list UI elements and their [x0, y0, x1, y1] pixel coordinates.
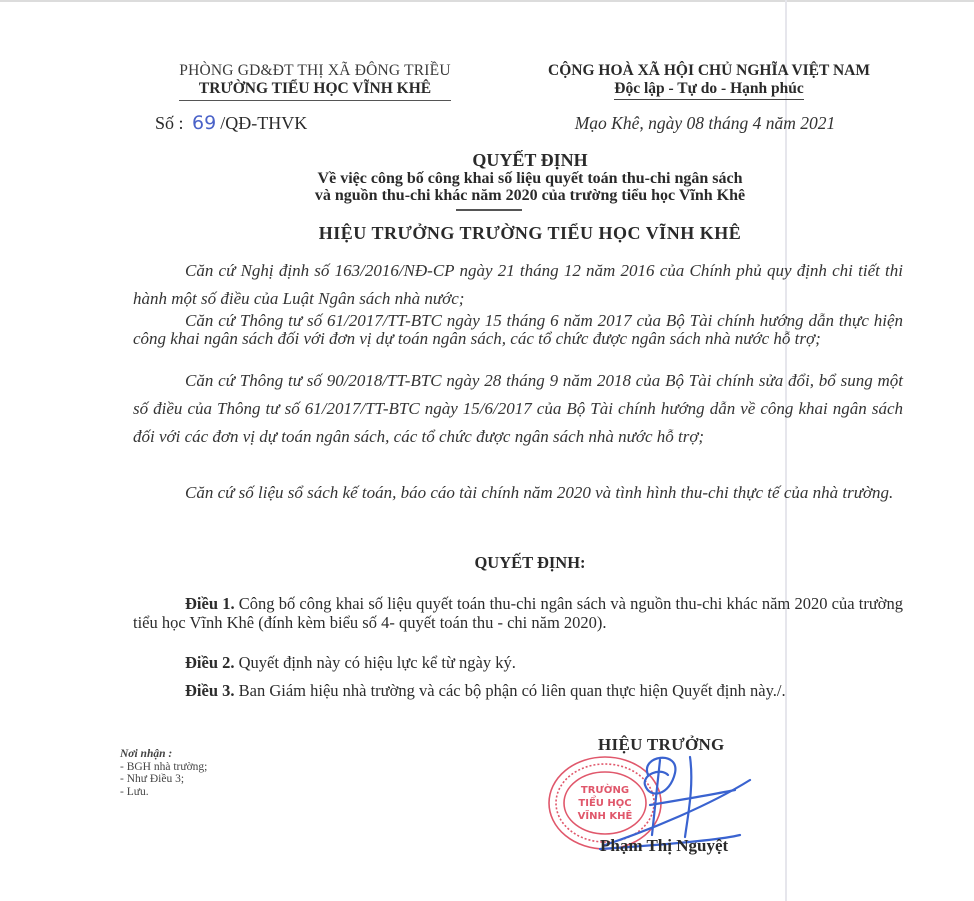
- handwritten-number: 69: [188, 112, 220, 134]
- document-subject: Về việc công bố công khai số liệu quyết …: [130, 170, 930, 204]
- number-prefix: Số :: [155, 113, 184, 133]
- recipient-item: - BGH nhà trường;: [120, 761, 207, 774]
- document-number: Số : 69/QĐ-THVK: [155, 112, 307, 134]
- decision-heading: QUYẾT ĐỊNH:: [130, 553, 930, 573]
- preamble-1: Căn cứ Nghị định số 163/2016/NĐ-CP ngày …: [133, 257, 903, 313]
- nation-name: CỘNG HOÀ XÃ HỘI CHỦ NGHĨA VIỆT NAM: [504, 62, 914, 80]
- issuing-authority: HIỆU TRƯỞNG TRƯỜNG TIỂU HỌC VĨNH KHÊ: [130, 223, 930, 244]
- article-3-label: Điều 3.: [185, 681, 235, 700]
- preamble-3: Căn cứ Thông tư số 90/2018/TT-BTC ngày 2…: [133, 367, 903, 451]
- article-2: Điều 2. Quyết định này có hiệu lực kể từ…: [133, 653, 903, 672]
- scan-top-edge: [0, 0, 974, 2]
- place-date: Mạo Khê, ngày 08 tháng 4 năm 2021: [520, 113, 890, 134]
- preamble-2: Căn cứ Thông tư số 61/2017/TT-BTC ngày 1…: [133, 312, 903, 347]
- preamble-3-text: Căn cứ Thông tư số 90/2018/TT-BTC ngày 2…: [133, 371, 903, 446]
- recipient-item: - Như Điều 3;: [120, 773, 207, 786]
- article-1: Điều 1. Công bố công khai số liệu quyết …: [133, 594, 903, 632]
- preamble-2-text: Căn cứ Thông tư số 61/2017/TT-BTC ngày 1…: [133, 311, 903, 348]
- recipients-block: Nơi nhận : - BGH nhà trường; - Như Điều …: [120, 748, 207, 798]
- article-1-label: Điều 1.: [185, 594, 235, 613]
- title-divider: [456, 209, 522, 211]
- agency-name: PHÒNG GD&ĐT THỊ XÃ ĐÔNG TRIỀU: [130, 62, 500, 80]
- subject-line-1: Về việc công bố công khai số liệu quyết …: [130, 170, 930, 187]
- preamble-4: Căn cứ số liệu sổ sách kế toán, báo cáo …: [133, 479, 903, 507]
- recipients-heading: Nơi nhận :: [120, 748, 207, 761]
- preamble-1-text: Căn cứ Nghị định số 163/2016/NĐ-CP ngày …: [133, 261, 903, 308]
- signatory-name: Phạm Thị Nguyệt: [600, 836, 728, 856]
- issuing-organization: PHÒNG GD&ĐT THỊ XÃ ĐÔNG TRIỀU TRƯỜNG TIỂ…: [130, 62, 500, 101]
- subject-line-2: và nguồn thu-chi khác năm 2020 của trườn…: [130, 187, 930, 204]
- document-title: QUYẾT ĐỊNH: [130, 150, 930, 171]
- national-motto: Độc lập - Tự do - Hạnh phúc: [614, 80, 803, 100]
- number-suffix: /QĐ-THVK: [220, 113, 307, 133]
- recipient-item: - Lưu.: [120, 786, 207, 799]
- article-3-text: Ban Giám hiệu nhà trường và các bộ phận …: [235, 681, 786, 700]
- preamble-4-text: Căn cứ số liệu sổ sách kế toán, báo cáo …: [185, 483, 893, 502]
- article-2-text: Quyết định này có hiệu lực kể từ ngày ký…: [235, 653, 516, 672]
- article-1-text: Công bố công khai số liệu quyết toán thu…: [133, 594, 903, 632]
- school-name: TRƯỜNG TIỂU HỌC VĨNH KHÊ: [179, 80, 451, 101]
- article-3: Điều 3. Ban Giám hiệu nhà trường và các …: [133, 681, 903, 700]
- article-2-label: Điều 2.: [185, 653, 235, 672]
- national-header: CỘNG HOÀ XÃ HỘI CHỦ NGHĨA VIỆT NAM Độc l…: [504, 62, 914, 100]
